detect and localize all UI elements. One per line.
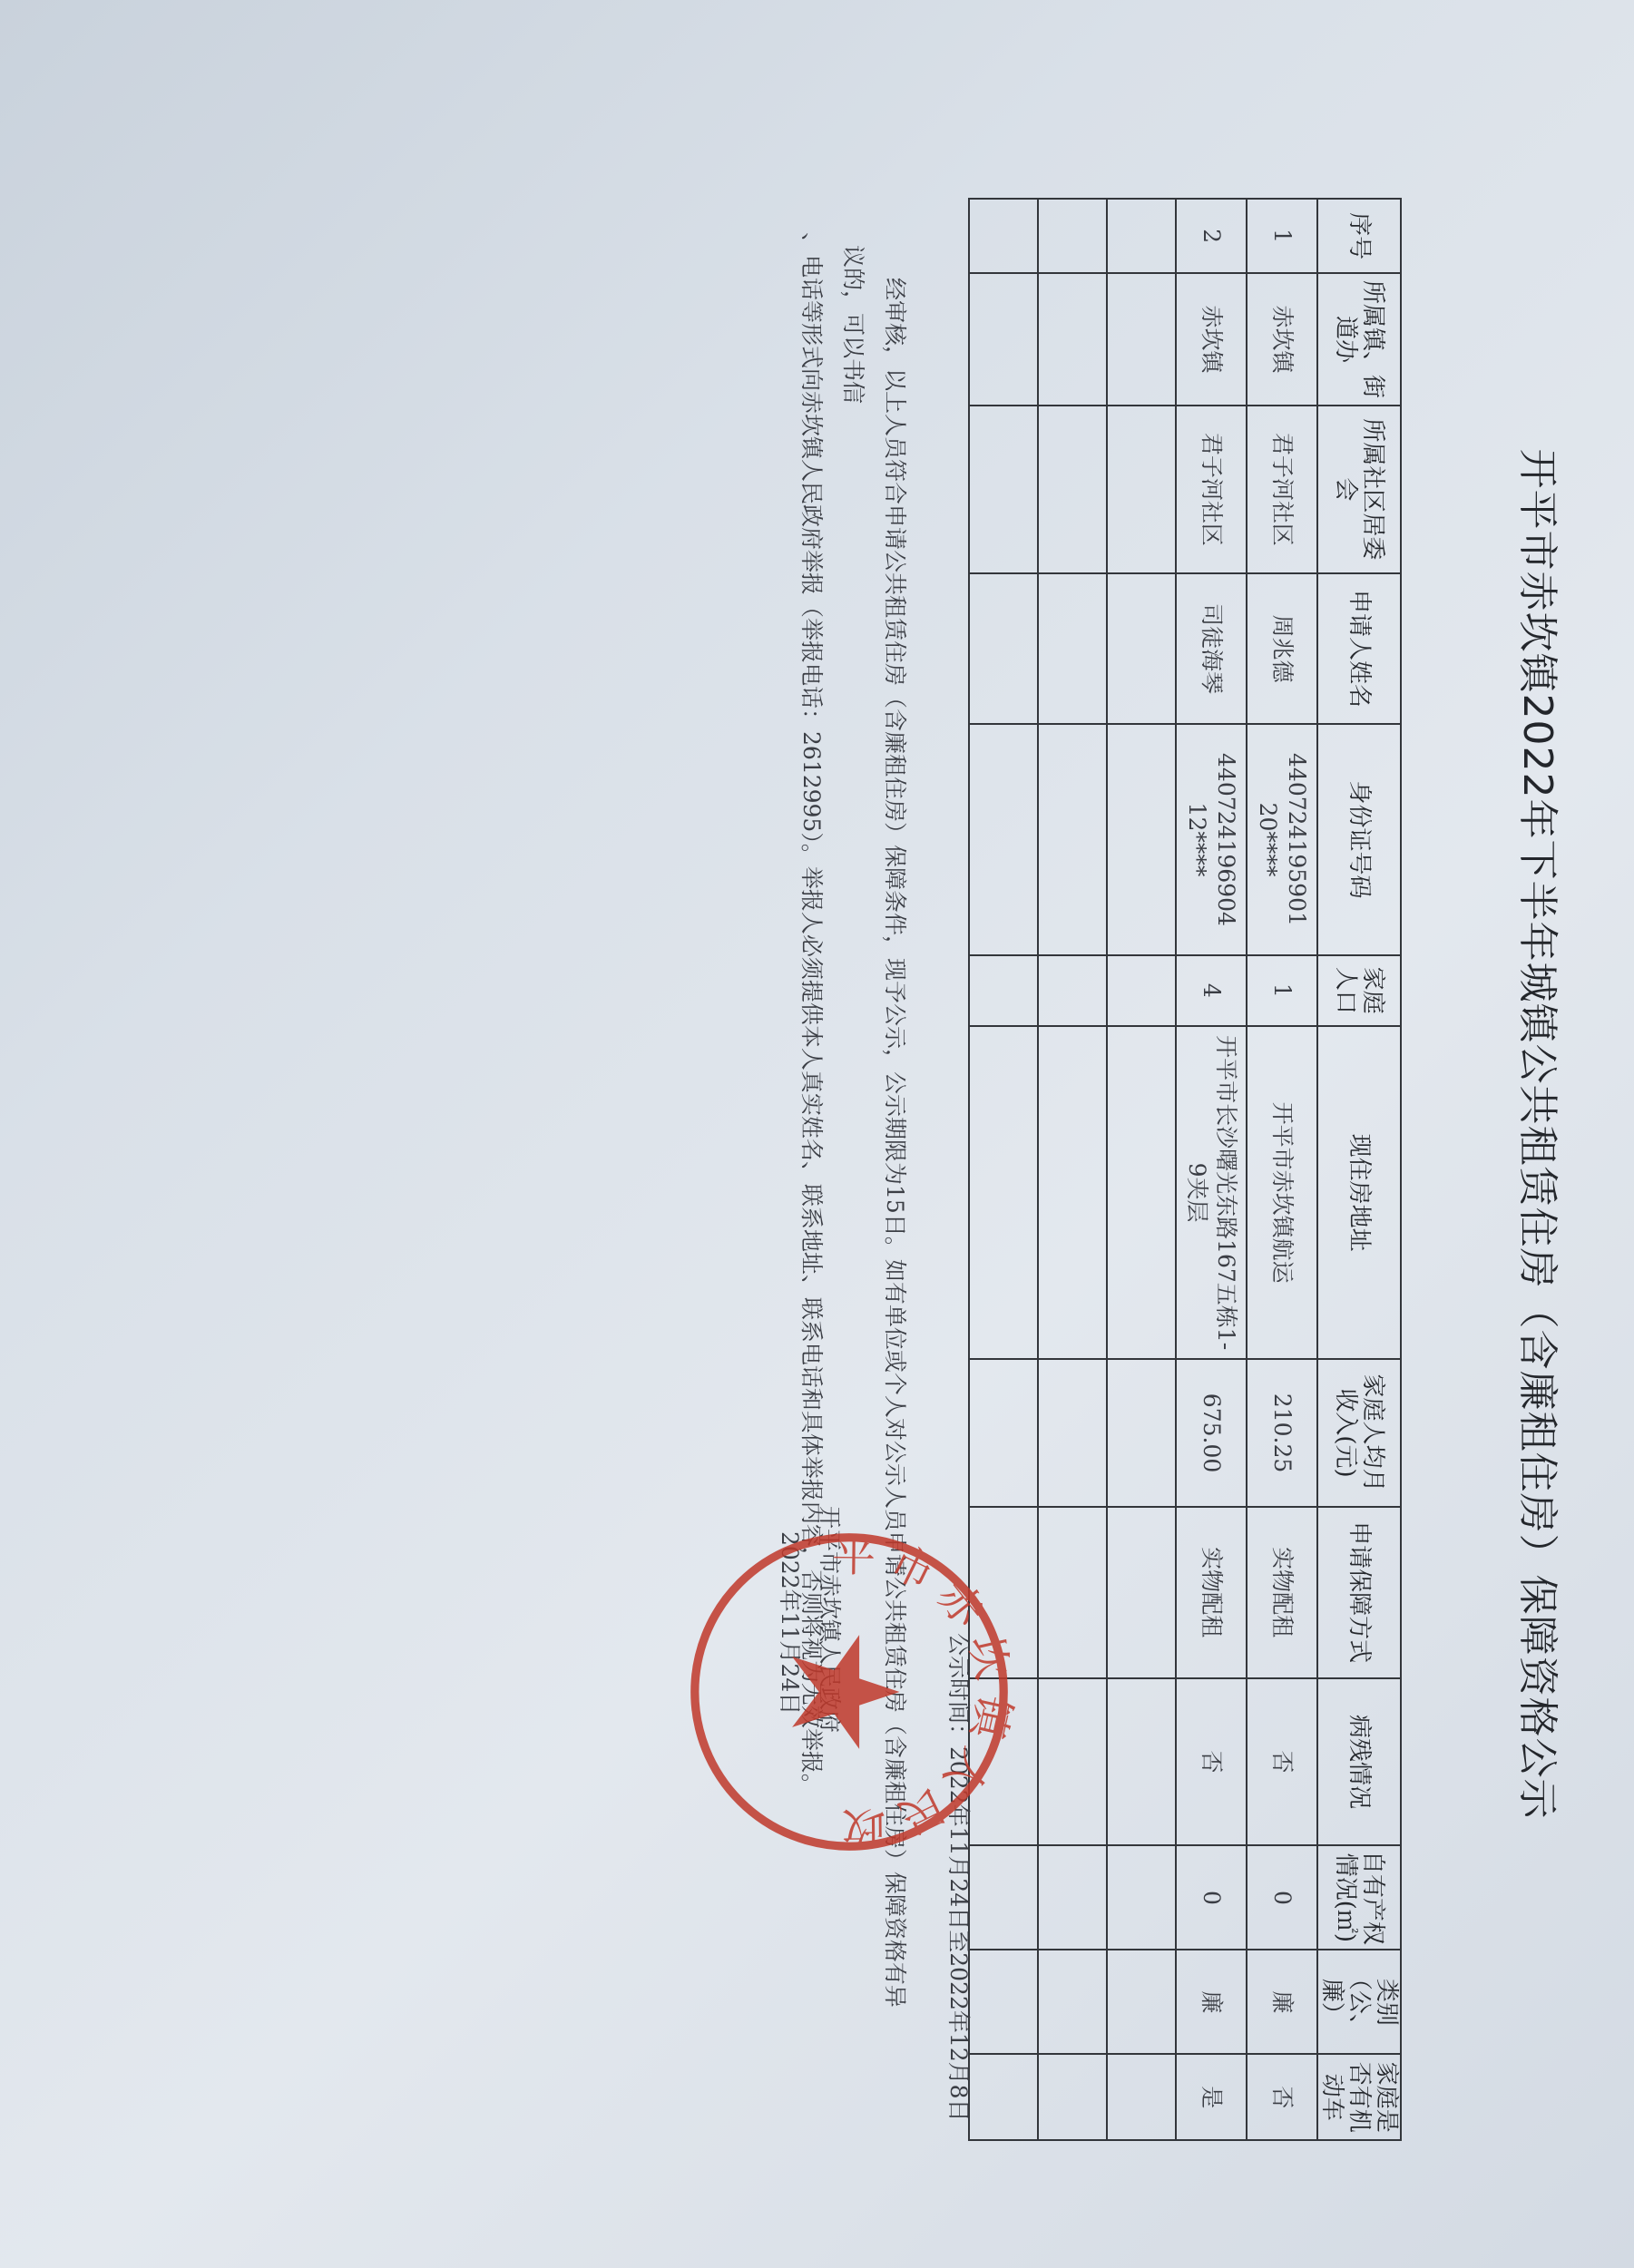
- column-header: 所属社区居委会: [1317, 406, 1401, 573]
- table-cell: [1038, 1026, 1107, 1360]
- empty-row: [1038, 199, 1107, 2140]
- table-cell: [1038, 1678, 1107, 1846]
- table-cell: [1107, 724, 1176, 955]
- table-cell: [969, 1359, 1038, 1506]
- empty-row: [1107, 199, 1176, 2140]
- column-header: 现住房地址: [1317, 1026, 1401, 1360]
- table-cell: 实物配租: [1247, 1507, 1317, 1678]
- table-cell: [1107, 199, 1176, 273]
- table-row: 2赤坎镇君子河社区司徒海琴440724196904 12****4开平市长沙曙光…: [1176, 199, 1247, 2140]
- table-cell: 开平市赤坎镇航运: [1247, 1026, 1317, 1360]
- table-cell: 廉: [1176, 1950, 1247, 2054]
- table-cell: [1107, 2054, 1176, 2140]
- table-cell: [969, 955, 1038, 1026]
- table-cell: 440724196904 12****: [1176, 724, 1247, 955]
- table-cell: [969, 1026, 1038, 1360]
- column-header: 身份证号码: [1317, 724, 1401, 955]
- table-cell: [969, 573, 1038, 724]
- column-header: 家庭人口: [1317, 955, 1401, 1026]
- table-cell: 1: [1247, 199, 1317, 273]
- table-cell: [1038, 2054, 1107, 2140]
- table-cell: [1038, 199, 1107, 273]
- header-row: 序号所属镇、街道办所属社区居委会申请人姓名身份证号码家庭人口现住房地址家庭人均月…: [1317, 199, 1401, 2140]
- table-cell: [969, 724, 1038, 955]
- table-cell: [1107, 1507, 1176, 1678]
- table-cell: 廉: [1247, 1950, 1317, 2054]
- table-cell: [1107, 1678, 1176, 1846]
- table-cell: [1038, 955, 1107, 1026]
- table-cell: [1107, 573, 1176, 724]
- table-cell: 210.25: [1247, 1359, 1317, 1506]
- table-cell: [1107, 273, 1176, 406]
- table-cell: [1038, 406, 1107, 573]
- table-cell: 4: [1176, 955, 1247, 1026]
- column-header: 序号: [1317, 199, 1401, 273]
- signer-date: 2022年11月24日: [769, 1506, 809, 1733]
- notice-text: 经审核，以上人员符合申请公共租赁住房（含廉租住房）保障条件，现予公示，公示期限为…: [790, 245, 915, 2023]
- table-cell: [969, 406, 1038, 573]
- table-cell: 0: [1176, 1845, 1247, 1950]
- signer-org: 开平市赤坎镇人民政府: [809, 1506, 849, 1733]
- table-cell: [969, 199, 1038, 273]
- table-cell: 1: [1247, 955, 1317, 1026]
- table-cell: [969, 1845, 1038, 1950]
- publication-period: 公示时间：2022年11月24日至2022年12月8日: [944, 1633, 976, 2122]
- notice-line-1: 经审核，以上人员符合申请公共租赁住房（含廉租住房）保障条件，现予公示，公示期限为…: [832, 245, 915, 2023]
- table-cell: [969, 273, 1038, 406]
- table-cell: [969, 1950, 1038, 2054]
- table-cell: [1038, 273, 1107, 406]
- table-cell: [1107, 1950, 1176, 2054]
- signer-block: 开平市赤坎镇人民政府 2022年11月24日: [769, 1506, 849, 1733]
- column-header: 申请保障方式: [1317, 1507, 1401, 1678]
- table-cell: 440724195901 20****: [1247, 724, 1317, 955]
- table-cell: 司徒海琴: [1176, 573, 1247, 724]
- notice-line-2: 、电话等形式向赤坎镇人民政府举报（举报电话：2612995）。举报人必须提供本人…: [790, 232, 832, 2023]
- column-header: 家庭是否有机动车: [1317, 2054, 1401, 2140]
- column-header: 所属镇、街道办: [1317, 273, 1401, 406]
- table-cell: 否: [1247, 1678, 1317, 1846]
- table-cell: [1107, 1026, 1176, 1360]
- table-cell: 675.00: [1176, 1359, 1247, 1506]
- table-cell: [1038, 1950, 1107, 2054]
- column-header: 申请人姓名: [1317, 573, 1401, 724]
- table-cell: [1038, 573, 1107, 724]
- column-header: 类别（公、廉）: [1317, 1950, 1401, 2054]
- table-cell: 0: [1247, 1845, 1317, 1950]
- empty-row: [969, 199, 1038, 2140]
- table-cell: 否: [1247, 2054, 1317, 2140]
- table-cell: [969, 1507, 1038, 1678]
- table-cell: [1107, 406, 1176, 573]
- table-cell: 赤坎镇: [1247, 273, 1317, 406]
- table-cell: 实物配租: [1176, 1507, 1247, 1678]
- table-cell: [1038, 1507, 1107, 1678]
- table-cell: [1038, 724, 1107, 955]
- column-header: 家庭人均月收入(元): [1317, 1359, 1401, 1506]
- table-cell: 是: [1176, 2054, 1247, 2140]
- table-cell: 赤坎镇: [1176, 273, 1247, 406]
- table-cell: [1038, 1359, 1107, 1506]
- table-cell: 否: [1176, 1678, 1247, 1846]
- table-cell: [1107, 1359, 1176, 1506]
- column-header: 自有产权情况(㎡): [1317, 1845, 1401, 1950]
- table-cell: 2: [1176, 199, 1247, 273]
- table-row: 1赤坎镇君子河社区周兆德440724195901 20****1开平市赤坎镇航运…: [1247, 199, 1317, 2140]
- table-cell: 君子河社区: [1176, 406, 1247, 573]
- table-cell: [1038, 1845, 1107, 1950]
- table-cell: [969, 2054, 1038, 2140]
- notice-page: 开平市赤坎镇2022年下半年城镇公共租赁住房（含廉租住房）保障资格公示 序号所属…: [0, 0, 1634, 2268]
- table-cell: 周兆德: [1247, 573, 1317, 724]
- table-cell: 开平市长沙曙光东路167五栋1-9夹层: [1176, 1026, 1247, 1360]
- table-cell: [969, 1678, 1038, 1846]
- eligibility-table: 序号所属镇、街道办所属社区居委会申请人姓名身份证号码家庭人口现住房地址家庭人均月…: [968, 198, 1402, 2141]
- page-title: 开平市赤坎镇2022年下半年城镇公共租赁住房（含廉租住房）保障资格公示: [1512, 0, 1570, 2268]
- column-header: 病残情况: [1317, 1678, 1401, 1846]
- table-cell: [1107, 1845, 1176, 1950]
- table-cell: 君子河社区: [1247, 406, 1317, 573]
- table-cell: [1107, 955, 1176, 1026]
